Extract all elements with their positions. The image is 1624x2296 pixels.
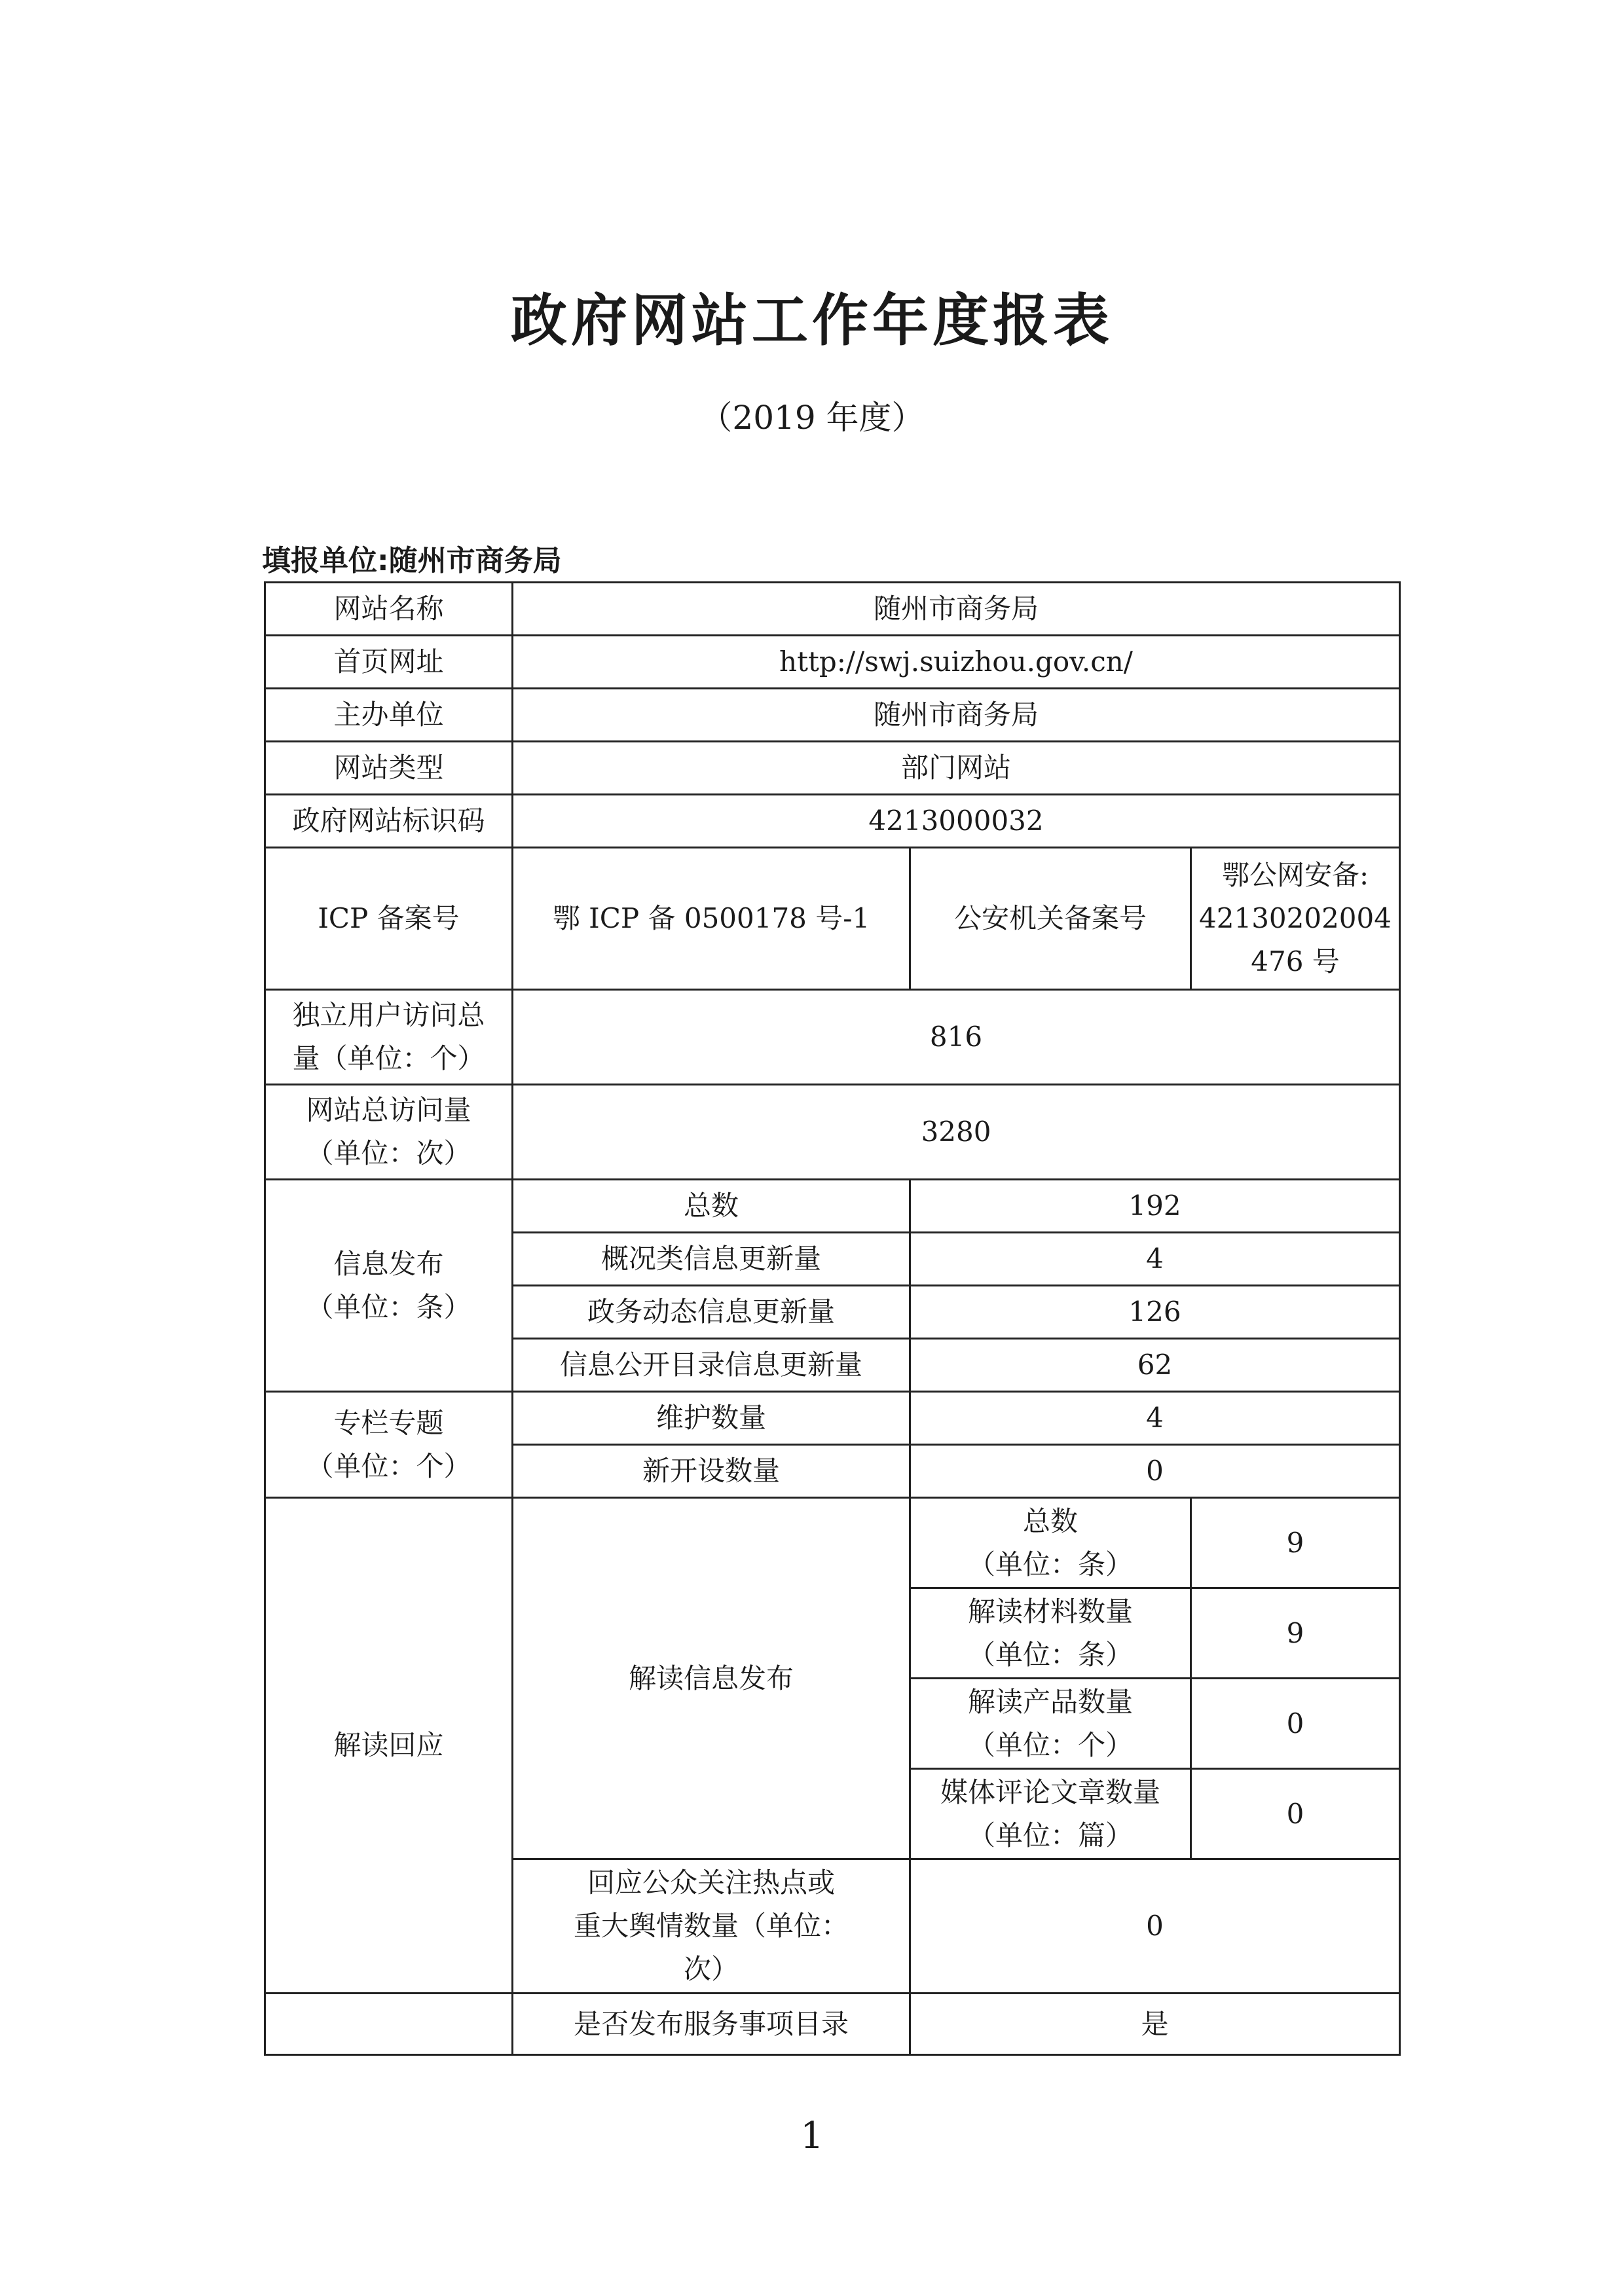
homepage-url-value: http://swj.suizhou.gov.cn/	[513, 636, 1400, 689]
interpretation-publish-label: 解读信息发布	[513, 1498, 910, 1859]
table-row: 网站类型 部门网站	[265, 742, 1400, 795]
columns-label: 专栏专题 （单位：个）	[265, 1392, 513, 1498]
table-row: 信息发布 （单位：条） 总数 192	[265, 1180, 1400, 1233]
interp-materials-value: 9	[1191, 1588, 1400, 1679]
site-type-value: 部门网站	[513, 742, 1400, 795]
disclosure-update-label: 信息公开目录信息更新量	[513, 1339, 910, 1392]
interp-total-label: 总数 （单位：条）	[910, 1498, 1191, 1588]
page-title: 政府网站工作年度报表	[0, 275, 1624, 356]
interp-products-label: 解读产品数量 （单位：个）	[910, 1679, 1191, 1769]
report-table: 网站名称 随州市商务局 首页网址 http://swj.suizhou.gov.…	[264, 581, 1401, 2056]
table-row: 政府网站标识码 4213000032	[265, 795, 1400, 848]
police-record-value: 鄂公网安备: 42130202004 476 号	[1191, 848, 1400, 990]
info-publish-label: 信息发布 （单位：条）	[265, 1180, 513, 1392]
table-row: 首页网址 http://swj.suizhou.gov.cn/	[265, 636, 1400, 689]
sponsor-label: 主办单位	[265, 689, 513, 742]
table-row: 网站总访问量 （单位：次） 3280	[265, 1085, 1400, 1180]
site-type-label: 网站类型	[265, 742, 513, 795]
service-catalog-label: 是否发布服务事项目录	[513, 1994, 910, 2055]
total-visits-label: 网站总访问量 （单位：次）	[265, 1085, 513, 1180]
gov-news-update-label: 政务动态信息更新量	[513, 1286, 910, 1339]
table-row: 网站名称 随州市商务局	[265, 583, 1400, 636]
interp-products-value: 0	[1191, 1679, 1400, 1769]
service-catalog-value: 是	[910, 1994, 1400, 2055]
info-total-value: 192	[910, 1180, 1400, 1233]
table-row: 是否发布服务事项目录 是	[265, 1994, 1400, 2055]
table-row: ICP 备案号 鄂 ICP 备 0500178 号-1 公安机关备案号 鄂公网安…	[265, 848, 1400, 990]
sponsor-value: 随州市商务局	[513, 689, 1400, 742]
unique-visitors-value: 816	[513, 990, 1400, 1085]
public-response-value: 0	[910, 1859, 1400, 1994]
icp-value: 鄂 ICP 备 0500178 号-1	[513, 848, 910, 990]
overview-update-value: 4	[910, 1233, 1400, 1286]
site-name-value: 随州市商务局	[513, 583, 1400, 636]
page-number: 1	[0, 2115, 1624, 2157]
police-record-label: 公安机关备案号	[910, 848, 1191, 990]
site-id-value: 4213000032	[513, 795, 1400, 848]
icp-label: ICP 备案号	[265, 848, 513, 990]
interpretation-label: 解读回应	[265, 1498, 513, 1994]
unique-visitors-label: 独立用户访问总 量（单位：个）	[265, 990, 513, 1085]
empty-cell	[265, 1994, 513, 2055]
interp-total-value: 9	[1191, 1498, 1400, 1588]
info-total-label: 总数	[513, 1180, 910, 1233]
columns-new-value: 0	[910, 1445, 1400, 1498]
site-id-label: 政府网站标识码	[265, 795, 513, 848]
columns-new-label: 新开设数量	[513, 1445, 910, 1498]
columns-maintained-value: 4	[910, 1392, 1400, 1445]
table-row: 解读回应 解读信息发布 总数 （单位：条） 9	[265, 1498, 1400, 1588]
table-row: 独立用户访问总 量（单位：个） 816	[265, 990, 1400, 1085]
report-year: （2019 年度）	[0, 392, 1624, 439]
filing-unit: 填报单位:随州市商务局	[262, 537, 562, 579]
public-response-label: 回应公众关注热点或 重大舆情数量（单位： 次）	[513, 1859, 910, 1994]
columns-maintained-label: 维护数量	[513, 1392, 910, 1445]
media-articles-value: 0	[1191, 1769, 1400, 1859]
interp-materials-label: 解读材料数量 （单位：条）	[910, 1588, 1191, 1679]
overview-update-label: 概况类信息更新量	[513, 1233, 910, 1286]
disclosure-update-value: 62	[910, 1339, 1400, 1392]
homepage-url-label: 首页网址	[265, 636, 513, 689]
media-articles-label: 媒体评论文章数量 （单位：篇）	[910, 1769, 1191, 1859]
table-row: 专栏专题 （单位：个） 维护数量 4	[265, 1392, 1400, 1445]
site-name-label: 网站名称	[265, 583, 513, 636]
total-visits-value: 3280	[513, 1085, 1400, 1180]
gov-news-update-value: 126	[910, 1286, 1400, 1339]
table-row: 主办单位 随州市商务局	[265, 689, 1400, 742]
